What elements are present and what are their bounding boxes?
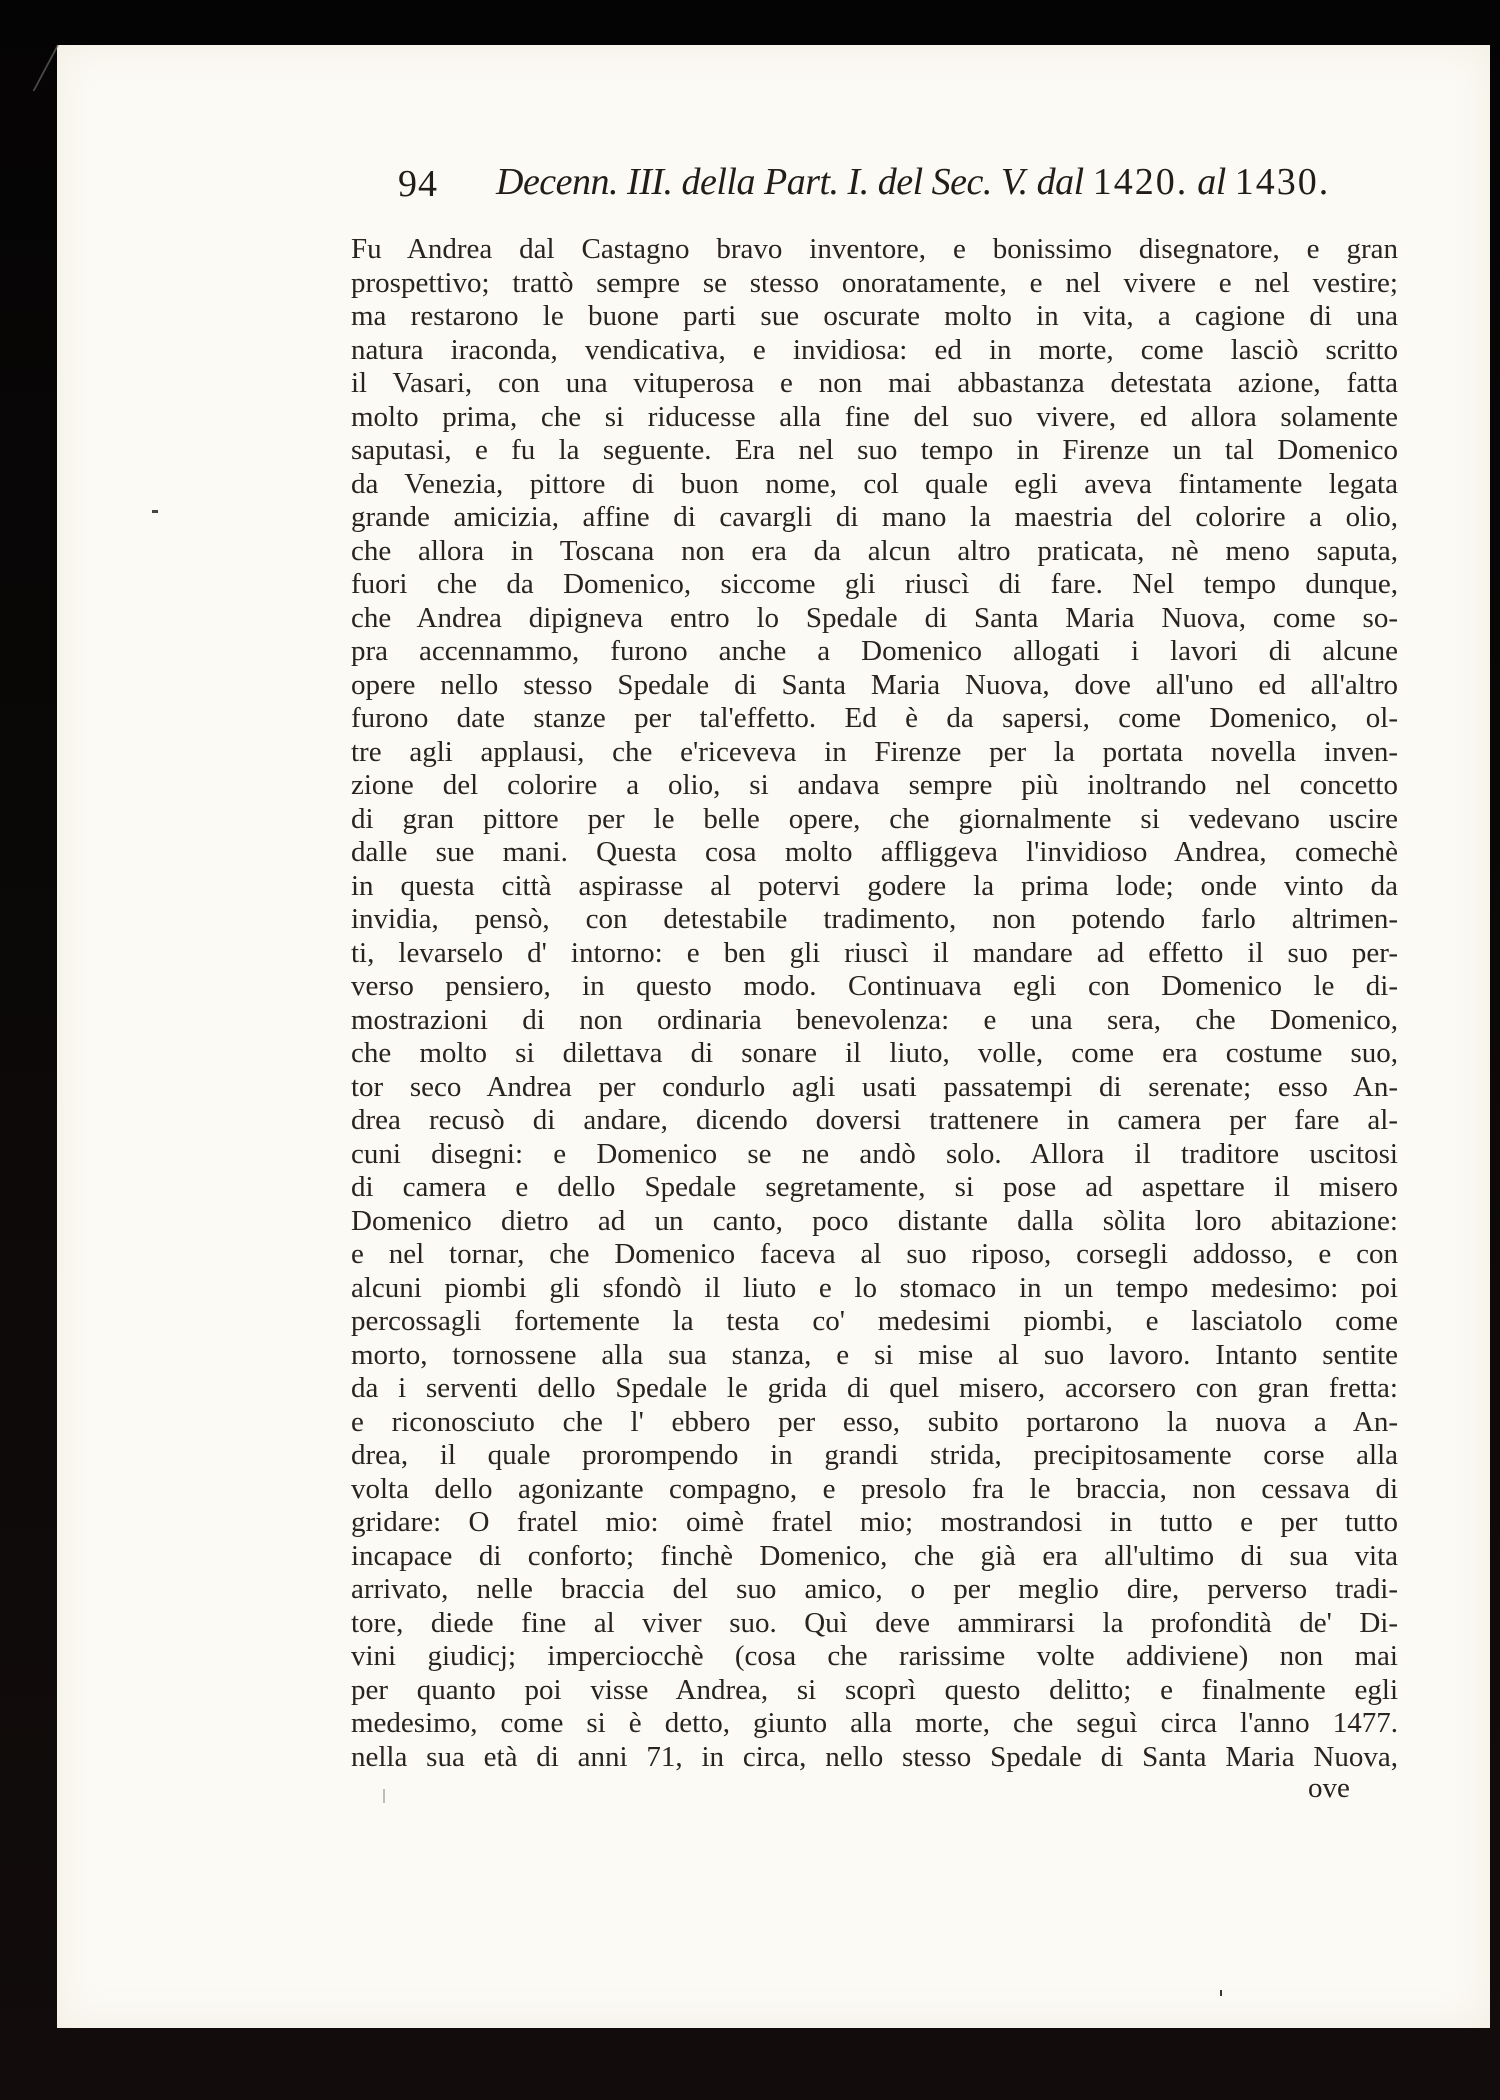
- text-line: da i serventi dello Spedale le grida di …: [351, 1371, 1398, 1405]
- text-line: vini giudicj; imperciocchè (cosa che rar…: [351, 1639, 1398, 1673]
- text-line: da Venezia, pittore di buon nome, col qu…: [351, 467, 1398, 501]
- text-line: gridare: O fratel mio: oimè fratel mio; …: [351, 1505, 1398, 1539]
- text-line: arrivato, nelle braccia del suo amico, o…: [351, 1572, 1398, 1606]
- text-line: e riconosciuto che l' ebbero per esso, s…: [351, 1405, 1398, 1439]
- text-line: che Andrea dipigneva entro lo Spedale di…: [351, 601, 1398, 635]
- text-line: grande amicizia, affine di cavargli di m…: [351, 500, 1398, 534]
- text-line: tore, diede fine al viver suo. Quì deve …: [351, 1606, 1398, 1640]
- running-head: 94 Decenn. III. della Part. I. del Sec. …: [398, 160, 1398, 210]
- page-number: 94: [398, 162, 438, 206]
- text-line: fuori che da Domenico, siccome gli riusc…: [351, 567, 1398, 601]
- running-title: Decenn. III. della Part. I. del Sec. V. …: [496, 160, 1330, 204]
- text-line: dalle sue mani. Questa cosa molto afflig…: [351, 835, 1398, 869]
- text-line: incapace di conforto; finchè Domenico, c…: [351, 1539, 1398, 1573]
- text-line: per quanto poi visse Andrea, si scoprì q…: [351, 1673, 1398, 1707]
- text-line: il Vasari, con una vituperosa e non mai …: [351, 366, 1398, 400]
- text-line: che molto si dilettava di sonare il liut…: [351, 1036, 1398, 1070]
- text-line: tor seco Andrea per condurlo agli usati …: [351, 1070, 1398, 1104]
- text-line: molto prima, che si riducesse alla fine …: [351, 400, 1398, 434]
- text-line: cuni disegni: e Domenico se ne andò solo…: [351, 1137, 1398, 1171]
- text-line: saputasi, e fu la seguente. Era nel suo …: [351, 433, 1398, 467]
- text-line: di gran pittore per le belle opere, che …: [351, 802, 1398, 836]
- text-line: pra accennammo, furono anche a Domenico …: [351, 634, 1398, 668]
- stray-ink-mark: [383, 1789, 385, 1803]
- year-start: 1420.: [1093, 161, 1189, 203]
- catchword: ove: [1308, 1772, 1350, 1805]
- text-line: Domenico dietro ad un canto, poco distan…: [351, 1204, 1398, 1238]
- running-title-text: Decenn. III. della Part. I. del Sec. V. …: [496, 161, 1084, 203]
- text-line: invidia, pensò, con detestabile tradimen…: [351, 902, 1398, 936]
- text-line: di camera e dello Spedale segretamente, …: [351, 1170, 1398, 1204]
- text-line: natura iraconda, vendicativa, e invidios…: [351, 333, 1398, 367]
- text-line: drea recusò di andare, dicendo doversi t…: [351, 1103, 1398, 1137]
- text-line: percossagli fortemente la testa co' mede…: [351, 1304, 1398, 1338]
- text-line: furono date stanze per tal'effetto. Ed è…: [351, 701, 1398, 735]
- text-line: zione del colorire a olio, si andava sem…: [351, 768, 1398, 802]
- year-end: 1430.: [1235, 161, 1331, 203]
- text-line: ti, levarselo d' intorno: e ben gli rius…: [351, 936, 1398, 970]
- text-line: medesimo, come si è detto, giunto alla m…: [351, 1706, 1398, 1740]
- text-line: Fu Andrea dal Castagno bravo inventore, …: [351, 232, 1398, 266]
- text-line: volta dello agonizante compagno, e preso…: [351, 1472, 1398, 1506]
- text-line: nella sua età di anni 71, in circa, nell…: [351, 1740, 1398, 1774]
- text-line: opere nello stesso Spedale di Santa Mari…: [351, 668, 1398, 702]
- text-line: prospettivo; trattò sempre se stesso ono…: [351, 266, 1398, 300]
- text-line: verso pensiero, in questo modo. Continua…: [351, 969, 1398, 1003]
- text-line: che allora in Toscana non era da alcun a…: [351, 534, 1398, 568]
- text-line: alcuni piombi gli sfondò il liuto e lo s…: [351, 1271, 1398, 1305]
- text-line: in questa città aspirasse al potervi god…: [351, 869, 1398, 903]
- text-line: tre agli applausi, che e'riceveva in Fir…: [351, 735, 1398, 769]
- text-line: mostrazioni di non ordinaria benevolenza…: [351, 1003, 1398, 1037]
- text-line: morto, tornossene alla sua stanza, e si …: [351, 1338, 1398, 1372]
- text-line: drea, il quale prorompendo in grandi str…: [351, 1438, 1398, 1472]
- margin-ink-mark: [152, 510, 158, 513]
- running-title-al: al: [1197, 161, 1226, 203]
- bottom-ink-mark: [1220, 1990, 1222, 1996]
- text-line: ma restarono le buone parti sue oscurate…: [351, 299, 1398, 333]
- text-line: e nel tornar, che Domenico faceva al suo…: [351, 1237, 1398, 1271]
